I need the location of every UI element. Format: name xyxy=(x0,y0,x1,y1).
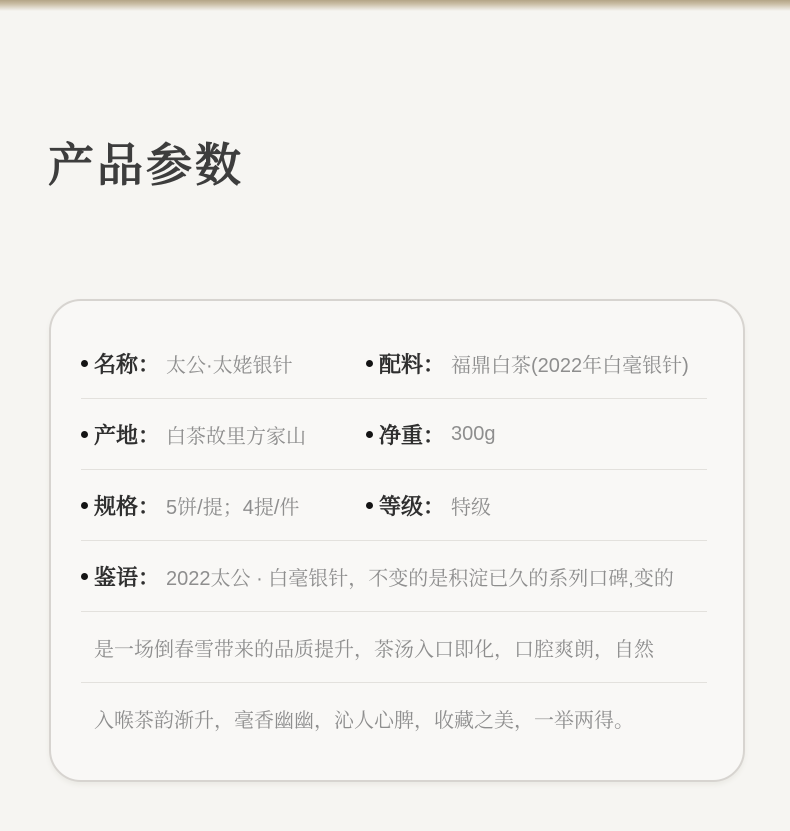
remark-text-line1: 2022太公 · 白毫银针，不变的是积淀已久的系列口碑,变的 xyxy=(166,562,674,591)
remark-row-line1: 鉴语： 2022太公 · 白毫银针，不变的是积淀已久的系列口碑,变的 xyxy=(81,541,707,612)
top-shadow-band xyxy=(0,0,790,11)
remark-label: 鉴语： xyxy=(94,561,160,592)
spec-value-ingredients: 福鼎白茶(2022年白毫银针) xyxy=(451,349,689,378)
spec-row-spec-grade: 规格： 5饼/提；4提/件 等级： 特级 xyxy=(81,470,707,541)
spec-cell-name: 名称： 太公·太姥银针 xyxy=(81,348,366,379)
remark-text-line3: 入喉茶韵渐升，毫香幽幽，沁人心脾，收藏之美，一举两得。 xyxy=(81,704,634,733)
spec-value-name: 太公·太姥银针 xyxy=(166,349,293,378)
spec-label-grade: 等级： xyxy=(379,490,445,521)
spec-value-grade: 特级 xyxy=(451,491,491,520)
spec-label-ingredients: 配料： xyxy=(379,348,445,379)
spec-cell-net-weight: 净重： 300g xyxy=(366,419,707,450)
spec-row-name-ingredients: 名称： 太公·太姥银针 配料： 福鼎白茶(2022年白毫银针) xyxy=(81,328,707,399)
bullet-icon xyxy=(81,431,88,438)
page-title: 产品参数 xyxy=(48,140,244,191)
spec-cell-grade: 等级： 特级 xyxy=(366,490,707,521)
spec-value-origin: 白茶故里方家山 xyxy=(166,420,306,449)
spec-label-name: 名称： xyxy=(94,348,160,379)
product-spec-card: 名称： 太公·太姥银针 配料： 福鼎白茶(2022年白毫银针) 产地： 白茶故里… xyxy=(49,299,745,782)
bullet-icon xyxy=(81,502,88,509)
bullet-icon xyxy=(81,573,88,580)
spec-cell-specification: 规格： 5饼/提；4提/件 xyxy=(81,490,366,521)
remark-row-line3: 入喉茶韵渐升，毫香幽幽，沁人心脾，收藏之美，一举两得。 xyxy=(81,683,707,754)
spec-label-net-weight: 净重： xyxy=(379,419,445,450)
bullet-icon xyxy=(366,431,373,438)
spec-value-net-weight: 300g xyxy=(451,423,496,446)
bullet-icon xyxy=(81,360,88,367)
spec-cell-ingredients: 配料： 福鼎白茶(2022年白毫银针) xyxy=(366,348,707,379)
remark-row-line2: 是一场倒春雪带来的品质提升，茶汤入口即化，口腔爽朗，自然 xyxy=(81,612,707,683)
bullet-icon xyxy=(366,360,373,367)
bullet-icon xyxy=(366,502,373,509)
spec-label-origin: 产地： xyxy=(94,419,160,450)
remark-text-line2: 是一场倒春雪带来的品质提升，茶汤入口即化，口腔爽朗，自然 xyxy=(81,633,654,662)
spec-value-specification: 5饼/提；4提/件 xyxy=(166,491,299,520)
spec-label-specification: 规格： xyxy=(94,490,160,521)
spec-row-origin-weight: 产地： 白茶故里方家山 净重： 300g xyxy=(81,399,707,470)
remark-cell: 鉴语： 2022太公 · 白毫银针，不变的是积淀已久的系列口碑,变的 xyxy=(81,561,674,592)
spec-cell-origin: 产地： 白茶故里方家山 xyxy=(81,419,366,450)
